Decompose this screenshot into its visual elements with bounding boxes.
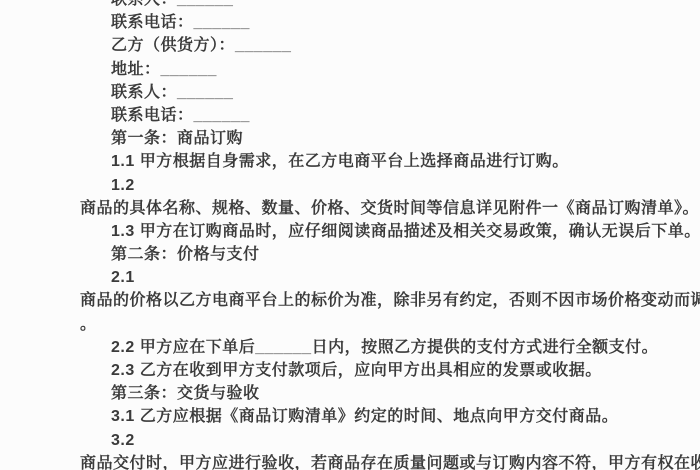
contract-heading-article-3: 第三条：交货与验收: [80, 382, 680, 405]
contract-clause-1-2-text: 商品的具体名称、规格、数量、价格、交货时间等信息详见附件一《商品订购清单》。: [80, 197, 680, 220]
contract-clause-2-1-number: 2.1: [80, 266, 680, 289]
contract-clause-2-3: 2.3 乙方在收到甲方支付款项后，应向甲方出具相应的发票或收据。: [80, 359, 680, 382]
contract-clause-2-1-text: 商品的价格以乙方电商平台上的标价为准，除非另有约定，否则不因市场价格变动而调整: [80, 289, 680, 312]
contract-clause-2-2: 2.2 甲方应在下单后______日内，按照乙方提供的支付方式进行全额支付。: [80, 336, 680, 359]
contract-line-contact-person: 联系人：______: [80, 81, 680, 104]
contract-clause-1-3: 1.3 甲方在订购商品时，应仔细阅读商品描述及相关交易政策，确认无误后下单。: [80, 220, 680, 243]
contract-clause-1-2-number: 1.2: [80, 174, 680, 197]
contract-line-contact-person-partial: 联系人：______: [80, 0, 680, 11]
contract-line-contact-phone: 联系电话：______: [80, 11, 680, 34]
contract-clause-1-1: 1.1 甲方根据自身需求，在乙方电商平台上选择商品进行订购。: [80, 150, 680, 173]
contract-clause-2-1-period: 。: [80, 313, 680, 336]
contract-clause-3-1: 3.1 乙方应根据《商品订购清单》约定的时间、地点向甲方交付商品。: [80, 405, 680, 428]
contract-clause-3-2-text-partial: 商品交付时，甲方应进行验收，若商品存在质量问题或与订购内容不符，甲方有权在收货: [80, 452, 680, 470]
contract-line-address: 地址：______: [80, 58, 680, 81]
document-page: 联系人：______ 联系电话：______ 乙方（供货方）：______ 地址…: [0, 0, 700, 470]
contract-line-contact-phone-2: 联系电话：______: [80, 104, 680, 127]
contract-clause-3-2-number: 3.2: [80, 429, 680, 452]
contract-heading-article-2: 第二条：价格与支付: [80, 243, 680, 266]
contract-line-party-b-supplier: 乙方（供货方）：______: [80, 34, 680, 57]
contract-text-block: 联系人：______ 联系电话：______ 乙方（供货方）：______ 地址…: [80, 0, 680, 470]
contract-heading-article-1: 第一条：商品订购: [80, 127, 680, 150]
